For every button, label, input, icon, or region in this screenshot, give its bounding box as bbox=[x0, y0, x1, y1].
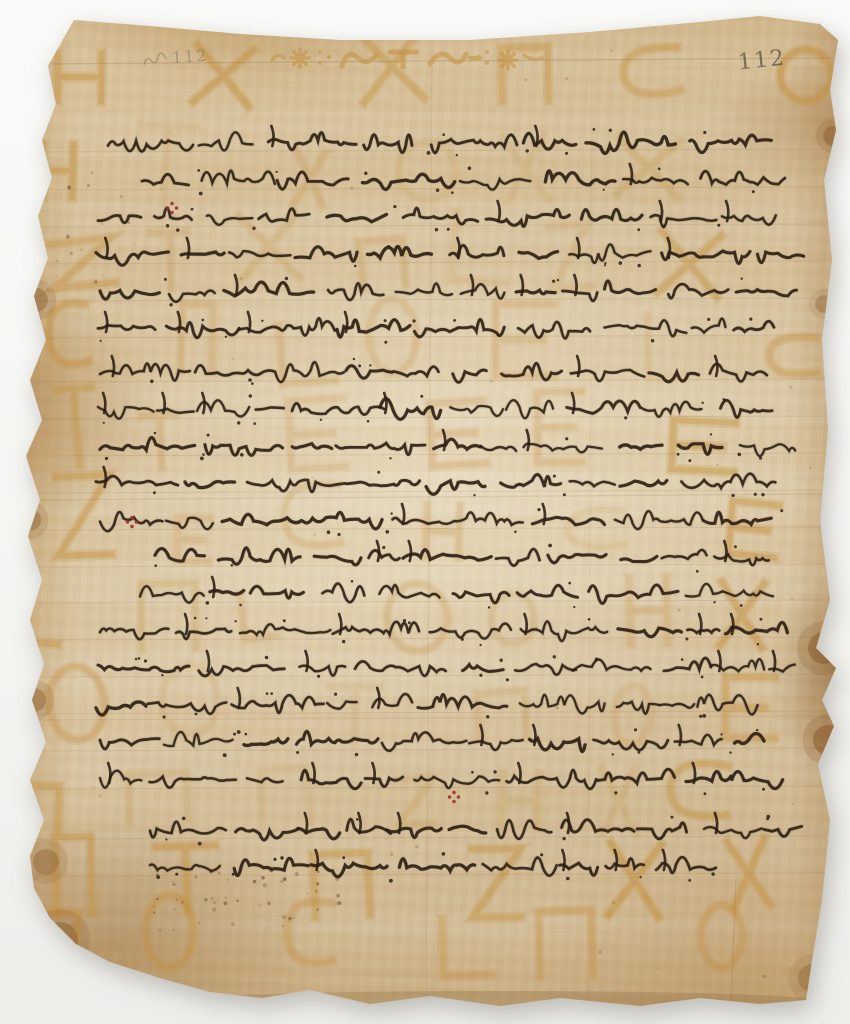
page-shadow-wrap: 112 112 bbox=[0, 0, 850, 1024]
folio-number-left-text: 112 bbox=[171, 46, 209, 68]
pencil-folio-number-right: 112 bbox=[737, 46, 787, 76]
pencil-scribble-icon bbox=[142, 50, 169, 68]
manuscript-art-layer bbox=[0, 0, 850, 1024]
photo-backdrop: 112 112 bbox=[0, 0, 850, 1024]
manuscript-page: 112 112 bbox=[0, 0, 850, 1024]
